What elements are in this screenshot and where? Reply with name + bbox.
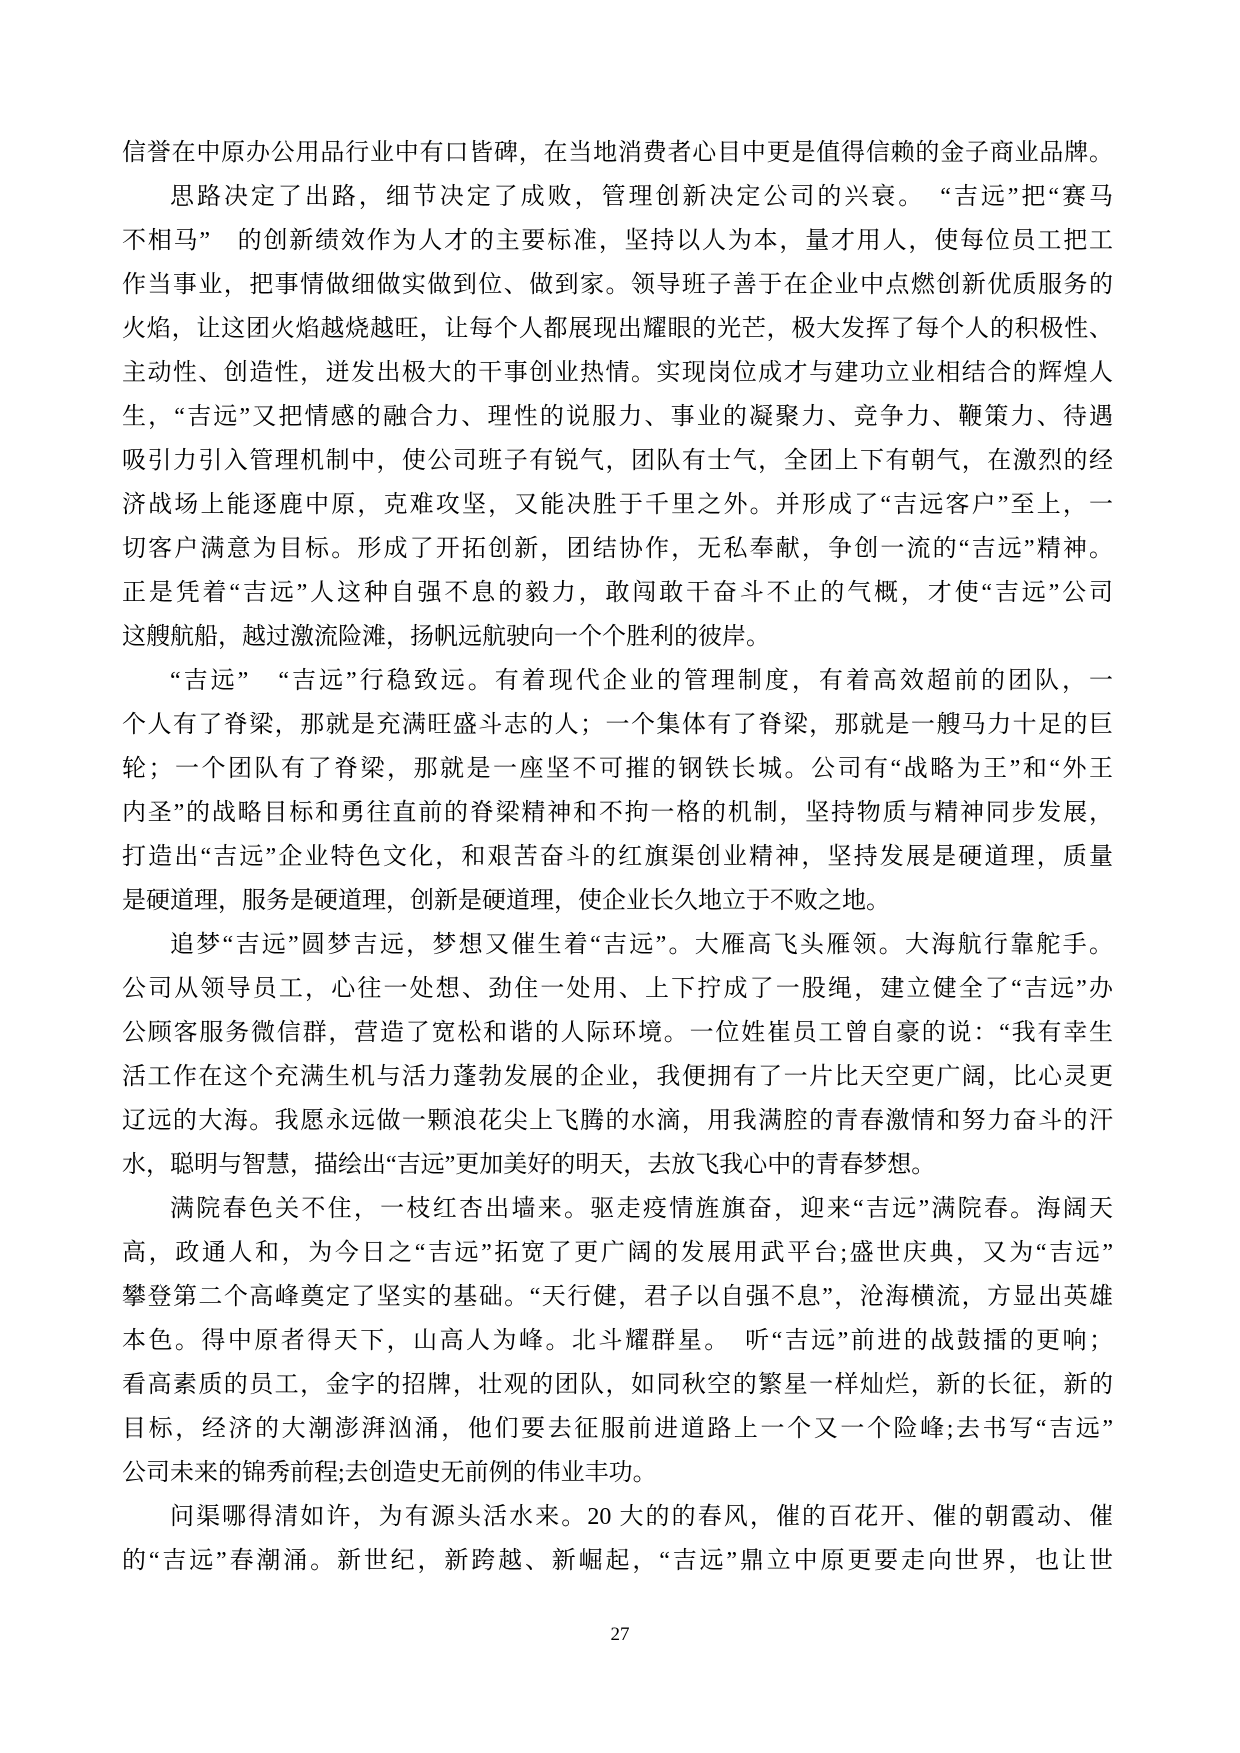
text-line: 主动性、创造性，迸发出极大的干事创业热情。实现岗位成才与建功立业相结合的辉煌人 [122, 351, 1113, 395]
text-line: 满院春色关不住，一枝红杏出墙来。驱走疫情旌旗奋，迎来“吉远”满院春。海阔天 [122, 1187, 1113, 1231]
text-line: 正是凭着“吉远”人这种自强不息的毅力，敢闯敢干奋斗不止的气概，才使“吉远”公司 [122, 571, 1113, 615]
text-line: 水，聪明与智慧，描绘出“吉远”更加美好的明天，去放飞我心中的青春梦想。 [122, 1143, 1113, 1187]
page-number: 27 [0, 1622, 1240, 1648]
text-line: 公司未来的锦秀前程;去创造史无前例的伟业丰功。 [122, 1451, 1113, 1495]
text-line: 火焰，让这团火焰越烧越旺，让每个人都展现出耀眼的光芒，极大发挥了每个人的积极性、 [122, 307, 1113, 351]
text-line: 是硬道理，服务是硬道理，创新是硬道理，使企业长久地立于不败之地。 [122, 879, 1113, 923]
text-line: 打造出“吉远”企业特色文化，和艰苦奋斗的红旗渠创业精神，坚持发展是硬道理，质量 [122, 835, 1113, 879]
text-line: 济战场上能逐鹿中原，克难攻坚，又能决胜于千里之外。并形成了“吉远客户”至上，一 [122, 483, 1113, 527]
text-line: 切客户满意为目标。形成了开拓创新，团结协作，无私奉献，争创一流的“吉远”精神。 [122, 527, 1113, 571]
text-line: 公顾客服务微信群，营造了宽松和谐的人际环境。一位姓崔员工曾自豪的说：“我有幸生 [122, 1011, 1113, 1055]
text-line: 信誉在中原办公用品行业中有口皆碑，在当地消费者心目中更是值得信赖的金子商业品牌。 [122, 131, 1113, 175]
text-line: 轮；一个团队有了脊梁，那就是一座坚不可摧的钢铁长城。公司有“战略为王”和“外王 [122, 747, 1113, 791]
text-line: 攀登第二个高峰奠定了坚实的基础。“天行健，君子以自强不息”，沧海横流，方显出英雄 [122, 1275, 1113, 1319]
document-body: 信誉在中原办公用品行业中有口皆碑，在当地消费者心目中更是值得信赖的金子商业品牌。… [122, 131, 1113, 1583]
text-line: 吸引力引入管理机制中，使公司班子有锐气，团队有士气，全团上下有朝气，在激烈的经 [122, 439, 1113, 483]
text-line: 的“吉远”春潮涌。新世纪，新跨越、新崛起，“吉远”鼎立中原更要走向世界，也让世 [122, 1539, 1113, 1583]
document-page: 信誉在中原办公用品行业中有口皆碑，在当地消费者心目中更是值得信赖的金子商业品牌。… [0, 0, 1240, 1753]
text-line: 不相马” 的创新绩效作为人才的主要标准，坚持以人为本，量才用人，使每位员工把工 [122, 219, 1113, 263]
text-line: 看高素质的员工，金字的招牌，壮观的团队，如同秋空的繁星一样灿烂，新的长征，新的 [122, 1363, 1113, 1407]
text-line: 本色。得中原者得天下，山高人为峰。北斗耀群星。 听“吉远”前进的战鼓擂的更响； [122, 1319, 1113, 1363]
text-line: 内圣”的战略目标和勇往直前的脊梁精神和不拘一格的机制，坚持物质与精神同步发展， [122, 791, 1113, 835]
text-line: 公司从领导员工，心往一处想、劲住一处用、上下拧成了一股绳，建立健全了“吉远”办 [122, 967, 1113, 1011]
text-line: 个人有了脊梁，那就是充满旺盛斗志的人；一个集体有了脊梁，那就是一艘马力十足的巨 [122, 703, 1113, 747]
text-line: “吉远” “吉远”行稳致远。有着现代企业的管理制度，有着高效超前的团队，一 [122, 659, 1113, 703]
text-line: 问渠哪得清如许，为有源头活水来。20 大的的春风，催的百花开、催的朝霞动、催 [122, 1495, 1113, 1539]
text-line: 活工作在这个充满生机与活力蓬勃发展的企业，我便拥有了一片比天空更广阔，比心灵更 [122, 1055, 1113, 1099]
text-line: 高，政通人和，为今日之“吉远”拓宽了更广阔的发展用武平台;盛世庆典，又为“吉远” [122, 1231, 1113, 1275]
text-line: 思路决定了出路，细节决定了成败，管理创新决定公司的兴衰。 “吉远”把“赛马 [122, 175, 1113, 219]
text-line: 辽远的大海。我愿永远做一颗浪花尖上飞腾的水滴，用我满腔的青春激情和努力奋斗的汗 [122, 1099, 1113, 1143]
text-line: 作当事业，把事情做细做实做到位、做到家。领导班子善于在企业中点燃创新优质服务的 [122, 263, 1113, 307]
text-line: 这艘航船，越过激流险滩，扬帆远航驶向一个个胜利的彼岸。 [122, 615, 1113, 659]
text-line: 目标，经济的大潮澎湃汹涌，他们要去征服前进道路上一个又一个险峰;去书写“吉远” [122, 1407, 1113, 1451]
text-line: 生，“吉远”又把情感的融合力、理性的说服力、事业的凝聚力、竞争力、鞭策力、待遇 [122, 395, 1113, 439]
text-line: 追梦“吉远”圆梦吉远，梦想又催生着“吉远”。大雁高飞头雁领。大海航行靠舵手。 [122, 923, 1113, 967]
